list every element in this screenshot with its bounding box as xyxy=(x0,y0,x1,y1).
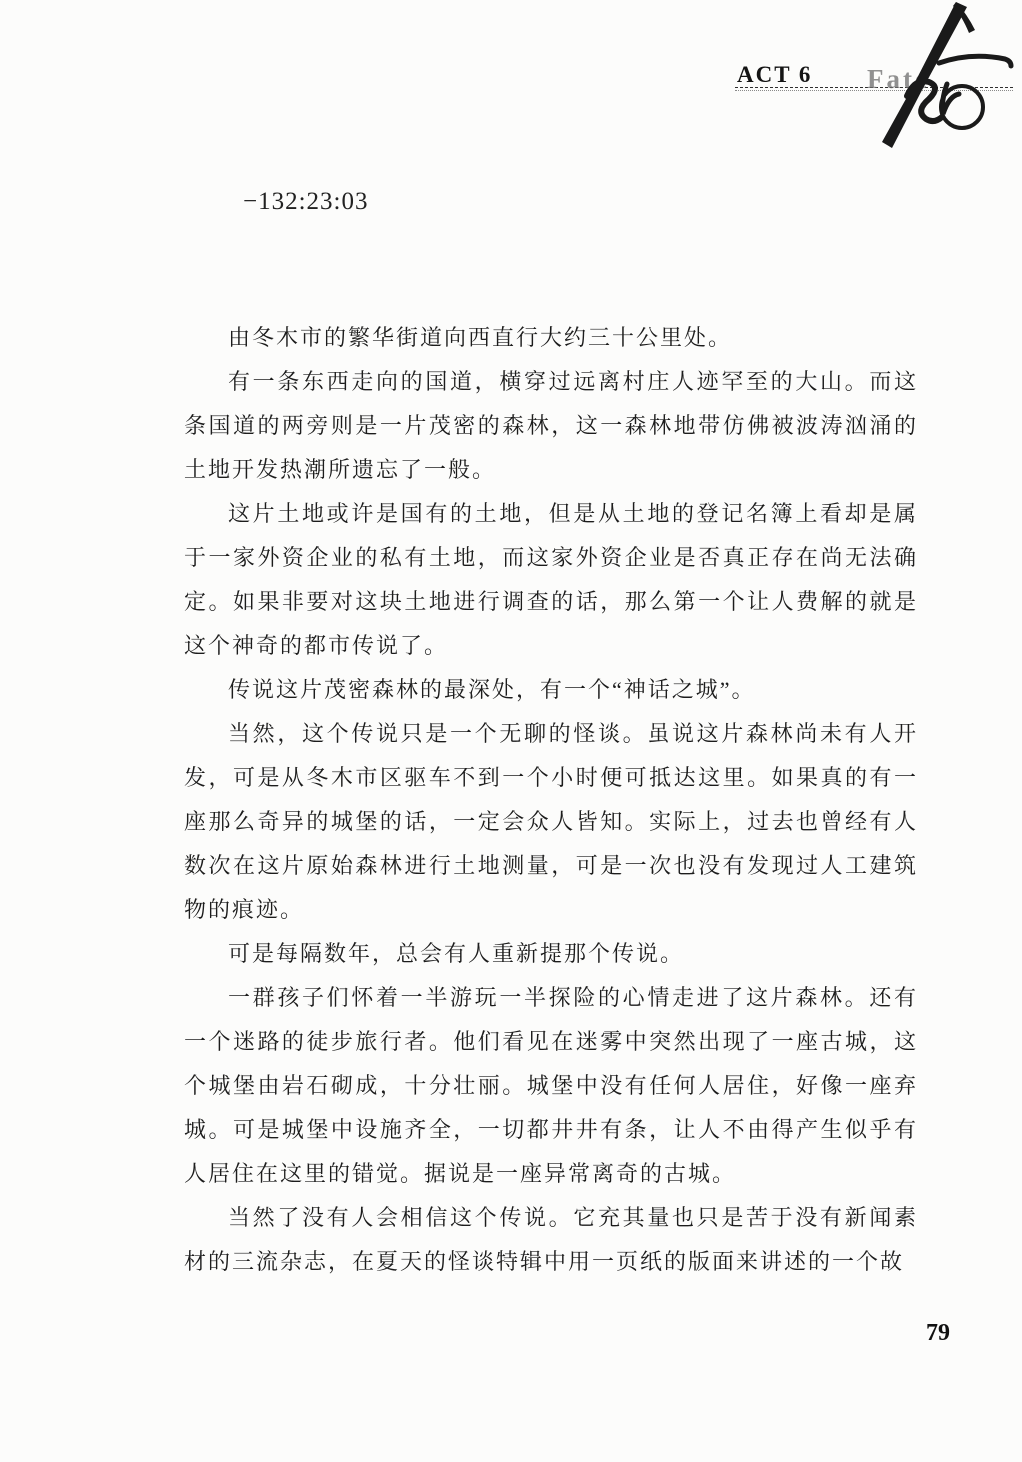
paragraph: 当然，这个传说只是一个无聊的怪谈。虽说这片森林尚未有人开发，可是从冬木市区驱车不… xyxy=(184,712,918,932)
body-text-block: 由冬木市的繁华街道向西直行大约三十公里处。 有一条东西走向的国道，横穿过远离村庄… xyxy=(184,316,918,1284)
book-page: ACT 6 Fate −132:23:03 由冬木市的繁华街道向西直行大约三十公… xyxy=(0,0,1022,1462)
paragraph: 传说这片茂密森林的最深处，有一个“神话之城”。 xyxy=(184,668,918,712)
fate-zero-logo: Fate xyxy=(855,0,1015,150)
paragraph: 这片土地或许是国有的土地，但是从土地的登记名簿上看却是属于一家外资企业的私有土地… xyxy=(184,492,918,668)
paragraph: 当然了没有人会相信这个传说。它充其量也只是苦于没有新闻素材的三流杂志，在夏天的怪… xyxy=(184,1196,918,1284)
fate-zero-logo-icon: Fate xyxy=(855,0,1015,150)
countdown-timestamp: −132:23:03 xyxy=(243,188,369,216)
paragraph: 有一条东西走向的国道，横穿过远离村庄人迹罕至的大山。而这条国道的两旁则是一片茂密… xyxy=(184,360,918,492)
act-heading: ACT 6 xyxy=(737,62,812,88)
logo-swash-stroke xyxy=(939,56,1011,66)
paragraph: 由冬木市的繁华街道向西直行大约三十公里处。 xyxy=(184,316,918,360)
page-number: 79 xyxy=(926,1320,950,1347)
paragraph: 可是每隔数年，总会有人重新提那个传说。 xyxy=(184,932,918,976)
paragraph: 一群孩子们怀着一半游玩一半探险的心情走进了这片森林。还有一个迷路的徒步旅行者。他… xyxy=(184,976,918,1196)
